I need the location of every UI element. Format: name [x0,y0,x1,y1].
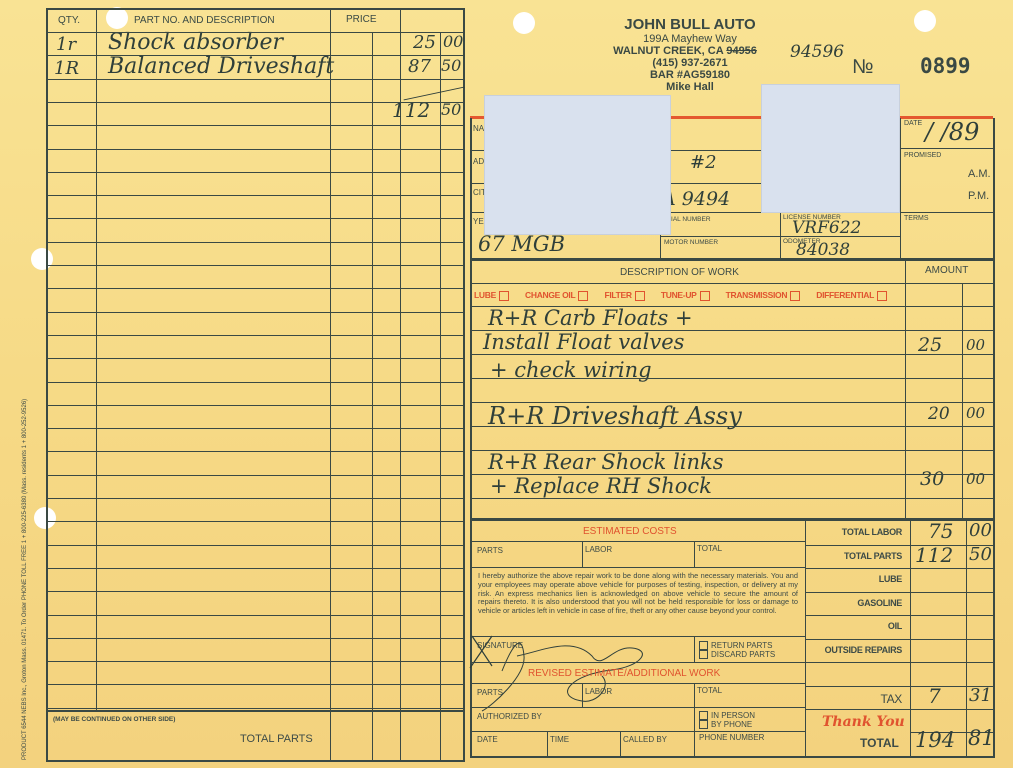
shop-address: 199A Mayhew Way [600,33,780,45]
binder-hole [914,10,936,32]
parts-table-row [48,32,463,56]
total-parts-label: TOTAL PARTS [240,733,313,745]
terms-label: TERMS [904,215,929,222]
estimated-costs-header: ESTIMATED COSTS [583,526,677,537]
parts-table-row [48,684,463,708]
work-amount-dollars: 25 [918,334,942,356]
work-amount-dollars: 20 [928,404,950,424]
shop-contact: Mike Hall [600,81,780,93]
by-phone-option[interactable]: BY PHONE [699,720,752,729]
total-label: TOTAL [860,736,899,750]
city-value: A 9494 [662,188,730,210]
parts-table-row [48,172,463,196]
checkbox-filter[interactable]: FILTER [604,290,644,300]
parts-table-row [48,405,463,429]
work-row-line [470,402,995,403]
address-label: AD [473,157,484,166]
revised-total-label: TOTAL [697,686,722,695]
in-person-option[interactable]: IN PERSON [699,711,755,720]
shop-zip-handwritten: 94596 [790,42,844,62]
parts-table-row [48,195,463,219]
totals-row-line [805,662,995,663]
totals-row-line [805,545,995,546]
year-label: YE [473,217,484,226]
totals-label: TAX [880,692,902,706]
motor-number-label: MOTOR NUMBER [664,239,718,246]
year-make-model: 67 MGB [478,232,565,256]
thank-you-text: Thank You [822,714,905,730]
totals-amount-dollars: 75 [928,519,953,543]
parts-table-row [48,79,463,103]
totals-label: LUBE [879,574,902,584]
date-label: DATE [904,120,922,127]
parts-table-row [48,218,463,242]
binder-hole [513,12,535,34]
parts-table-row [48,149,463,173]
service-checkboxes: LUBE CHANGE OIL FILTER TUNE-UP TRANSMISS… [474,290,887,301]
am-label: A.M. [968,168,991,180]
shop-phone: (415) 937-2671 [600,57,780,69]
called-by-label: CALLED BY [623,735,667,744]
parts-table-row [48,451,463,475]
checkbox-differential[interactable]: DIFFERENTIAL [816,290,887,300]
work-line: Install Float valves [483,330,684,354]
est-parts-label: PARTS [477,546,503,555]
redaction-sticky-note [761,84,900,213]
totals-label: TOTAL PARTS [844,551,902,561]
date-label: DATE [477,735,498,744]
work-amount-cents: 00 [966,404,985,422]
amount-header: AMOUNT [925,265,968,276]
invoice-number-symbol: № [852,56,873,79]
parts-table-row [48,498,463,522]
pm-label: P.M. [968,190,989,202]
time-label: TIME [550,735,569,744]
invoice-number: 0899 [920,54,971,78]
price-header: PRICE [346,14,377,25]
parts-table-row [48,125,463,149]
shop-city: WALNUT CREEK, CA [613,45,723,57]
parts-table-row [48,265,463,289]
parts-table-row [48,615,463,639]
parts-table-row [48,521,463,545]
grand-total-cents: 81 [968,726,995,750]
shop-zip-struck: 94956 [726,45,757,57]
work-row-line [470,354,995,355]
totals-row-line [805,709,995,710]
parts-table-row [48,102,463,126]
totals-row-line [805,639,995,640]
parts-table-row [48,288,463,312]
totals-amount-cents: 00 [969,520,992,541]
address-value: #2 [690,152,717,173]
parts-table-row [48,335,463,359]
checkbox-lube[interactable]: LUBE [474,290,509,300]
totals-label: TOTAL LABOR [842,527,902,537]
work-row-line [470,378,995,379]
shop-name: JOHN BULL AUTO [600,16,780,33]
totals-label: OUTSIDE REPAIRS [825,645,902,655]
parts-table-row [48,428,463,452]
parts-table-row [48,638,463,662]
parts-table-footer-divider [48,710,463,734]
work-line: + Replace RH Shock [490,474,712,498]
grand-total-dollars: 194 [915,728,955,752]
date-value: / /89 [925,118,979,146]
totals-amount-dollars: 112 [915,543,953,567]
odometer-value: 84038 [796,240,850,260]
promised-label: PROMISED [904,152,941,159]
description-of-work-header: DESCRIPTION OF WORK [620,267,739,278]
name-label: NA [473,124,484,133]
license-number: VRF622 [792,218,861,238]
description-header: PART NO. AND DESCRIPTION [134,15,275,26]
checkbox-transmission[interactable]: TRANSMISSION [726,290,801,300]
parts-table-row [48,312,463,336]
revised-parts-label: PARTS [477,688,503,697]
margin-print: PRODUCT 6544 NEBS Inc., Groton Mass. 014… [22,430,28,760]
revised-estimate-header: REVISED ESTIMATE/ADDITIONAL WORK [528,668,720,679]
parts-table-row [48,545,463,569]
authorization-text: I hereby authorize the above repair work… [478,572,798,616]
totals-amount-dollars: 7 [928,684,941,708]
work-row-line [470,306,995,307]
totals-row-line [805,686,995,687]
parts-table-row [48,358,463,382]
return-parts-option[interactable]: RETURN PARTS [699,641,773,650]
work-row-line [470,450,995,451]
work-row-line [470,474,995,475]
discard-parts-option[interactable]: DISCARD PARTS [699,650,775,659]
work-line: R+R Carb Floats + [488,306,693,330]
est-labor-label: LABOR [585,545,612,554]
parts-table-row [48,475,463,499]
invoice-paper: PRODUCT 6544 NEBS Inc., Groton Mass. 014… [0,0,1013,768]
work-amount-cents: 00 [966,336,985,354]
totals-row-line [805,615,995,616]
work-row-line [470,498,995,499]
qty-header: QTY. [58,15,80,26]
totals-label: OIL [888,621,902,631]
work-row-line [470,426,995,427]
work-amount-cents: 00 [966,470,985,488]
parts-table-row [48,55,463,79]
checkbox-tune-up[interactable]: TUNE-UP [661,290,710,300]
checkbox-change-oil[interactable]: CHANGE OIL [525,290,588,300]
est-total-label: TOTAL [697,544,722,553]
parts-table: QTY. PART NO. AND DESCRIPTION PRICE 1r S… [46,8,465,762]
totals-row-line [805,568,995,569]
redaction-sticky-note [484,95,671,235]
parts-table-row [48,242,463,266]
parts-table-row [48,661,463,685]
revised-labor-label: LABOR [585,687,612,696]
parts-table-row [48,591,463,615]
totals-amount-cents: 50 [969,544,992,565]
work-line: R+R Rear Shock links [488,450,724,474]
work-amount-dollars: 30 [920,468,944,490]
work-row-line [470,330,995,331]
shop-header: JOHN BULL AUTO 199A Mayhew Way WALNUT CR… [600,16,780,93]
parts-table-row [48,568,463,592]
totals-row-line [805,592,995,593]
shop-bar-number: BAR #AG59180 [600,69,780,81]
parts-table-row [48,382,463,406]
totals-label: GASOLINE [857,598,902,608]
totals-amount-cents: 31 [969,685,992,706]
phone-number-label: PHONE NUMBER [699,733,764,742]
authorized-by-label: AUTHORIZED BY [477,712,542,721]
